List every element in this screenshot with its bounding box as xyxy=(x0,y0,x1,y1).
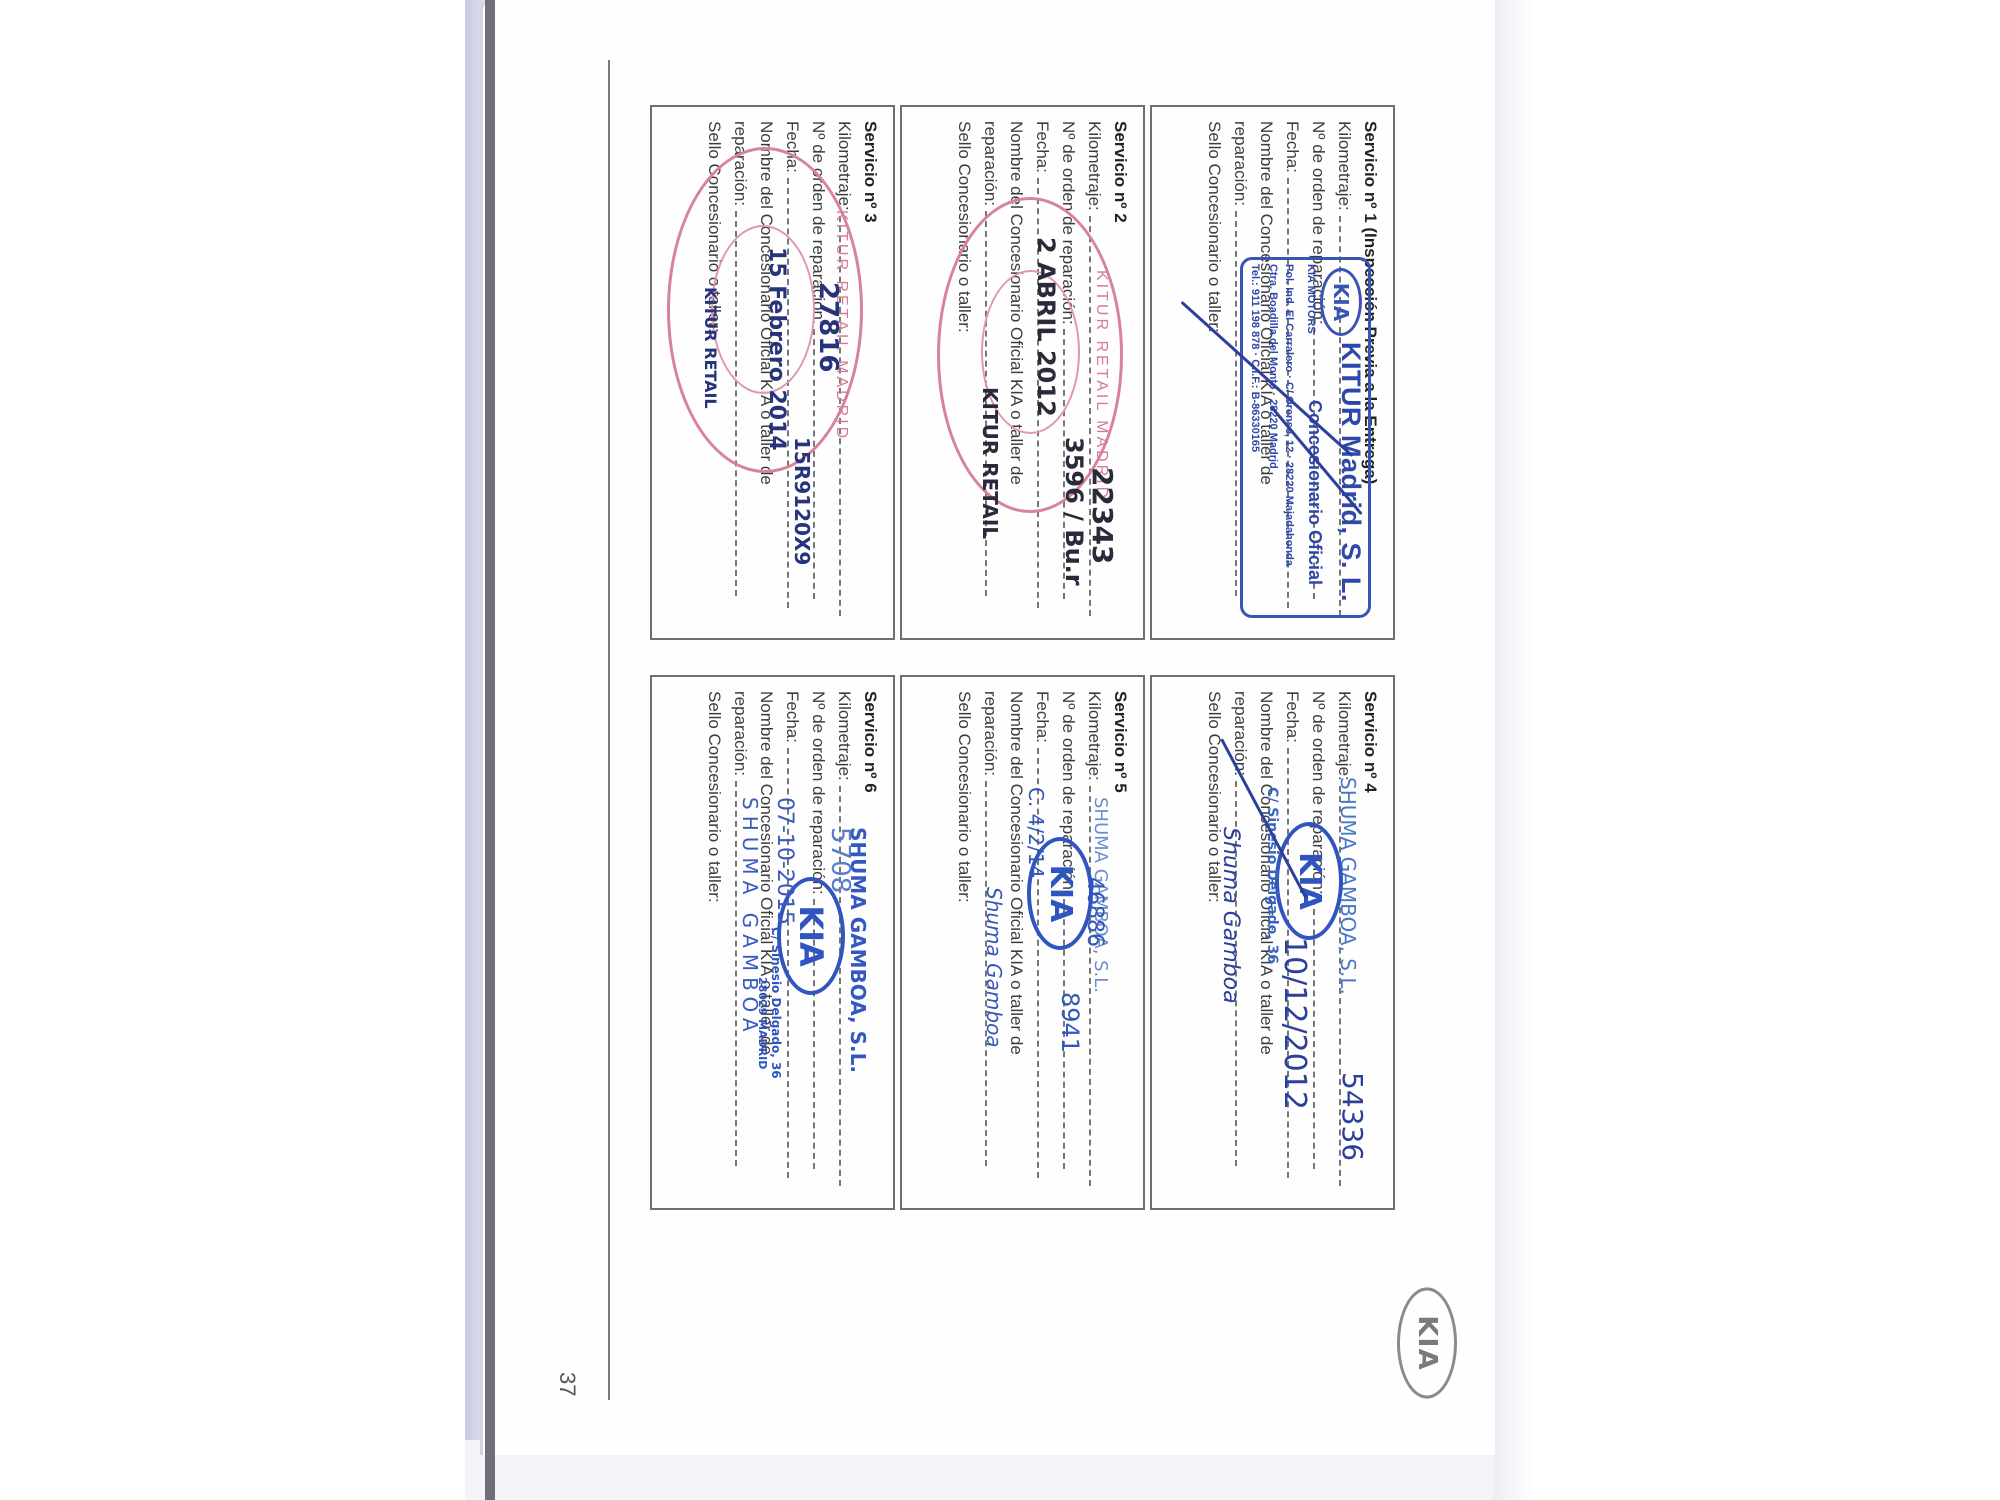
retail-stamp: KITUR RETAIL MADRID xyxy=(937,197,1123,513)
page-spine xyxy=(485,0,495,1500)
handwritten-order: 15R9120X9 xyxy=(789,437,815,565)
handwritten-date: 07-10-2015 xyxy=(771,797,797,925)
scan-edge xyxy=(1493,0,1535,1500)
seal-label: Sello Concesionario o taller: xyxy=(955,691,974,903)
service-title: Servicio nº 3 xyxy=(857,121,883,624)
handwritten-order: 3596 / Bu.r xyxy=(1061,437,1087,586)
km-label: Kilometraje: xyxy=(1085,121,1104,211)
handwritten-km: 54336 xyxy=(1339,1072,1365,1161)
kia-logo-icon: KIA xyxy=(1397,1287,1457,1398)
booklet-page: KIA 37 Servicio nº 1 (Inspección Previa … xyxy=(465,0,1535,1500)
dealer-label-2: reparación: xyxy=(731,691,750,776)
km-label: Kilometraje: xyxy=(835,121,854,211)
seal-label: Sello Concesionario o taller: xyxy=(705,691,724,903)
service-box-1: Servicio nº 1 (Inspección Previa a la En… xyxy=(1150,105,1395,640)
kia-stamp-logo-icon: KIA xyxy=(1320,268,1362,336)
service-box-6: Servicio nº 6 Kilometraje: Nº de orden d… xyxy=(650,675,895,1210)
km-label: Kilometraje: xyxy=(1085,691,1104,781)
handwritten-date: 10/12/2012 xyxy=(1281,937,1307,1110)
handwritten-dealer: Shuma Gamboa xyxy=(981,887,1007,1048)
handwritten-km: 5708 xyxy=(827,827,853,893)
date-label: Fecha: xyxy=(1283,691,1302,743)
handwritten-date: 2 ABRIL 2012 xyxy=(1033,237,1059,417)
date-label: Fecha: xyxy=(1283,121,1302,173)
service-box-5: Servicio nº 5 Kilometraje: Nº de orden d… xyxy=(900,675,1145,1210)
service-box-2: Servicio nº 2 Kilometraje: Nº de orden d… xyxy=(900,105,1145,640)
kia-logo-text: KIA xyxy=(1412,1315,1442,1371)
page-rule xyxy=(608,60,610,1400)
seal-label: Sello Concesionario o taller: xyxy=(1205,121,1224,333)
date-label: Fecha: xyxy=(1033,691,1052,743)
page-number: 37 xyxy=(554,1372,580,1396)
service-box-4: Servicio nº 4 Kilometraje: Nº de orden d… xyxy=(1150,675,1395,1210)
handwritten-order: 8941 xyxy=(1057,992,1083,1053)
kia-stamp-logo-icon: KIA xyxy=(1275,822,1343,940)
handwritten-dealer: SHUMA GAMBOA xyxy=(737,797,763,1038)
dealer-stamp: KIA KITUR Madrid, S. L. KIA MOTORS Conce… xyxy=(1240,257,1371,618)
km-label: Kilometraje: xyxy=(835,691,854,781)
handwritten-date: 15 Febrero 2014 xyxy=(763,247,789,451)
handwritten-date: C. 4/2/14 xyxy=(1023,787,1049,878)
dealer-label-2: reparación: xyxy=(981,121,1000,206)
handwritten-dealer: KITUR RETAIL xyxy=(697,287,723,409)
handwritten-dealer: Shuma Gamboa xyxy=(1217,827,1243,1004)
order-field xyxy=(1313,899,1329,1169)
handwritten-dealer: KITUR RETAIL xyxy=(977,387,1003,539)
handwritten-km: 22343 xyxy=(1089,467,1115,564)
dealer-label-2: reparación: xyxy=(981,691,1000,776)
date-label: Fecha: xyxy=(1033,121,1052,173)
service-box-3: Servicio nº 3 Kilometraje: Nº de orden d… xyxy=(650,105,895,640)
km-label: Kilometraje: xyxy=(1335,691,1354,781)
handwritten-km: 27816 xyxy=(815,282,841,372)
date-label: Fecha: xyxy=(783,691,802,743)
km-label: Kilometraje: xyxy=(1335,121,1354,211)
stamp-company: KITUR Madrid, S. L. xyxy=(1338,342,1364,602)
dealer-label-2: reparación: xyxy=(1231,121,1250,206)
